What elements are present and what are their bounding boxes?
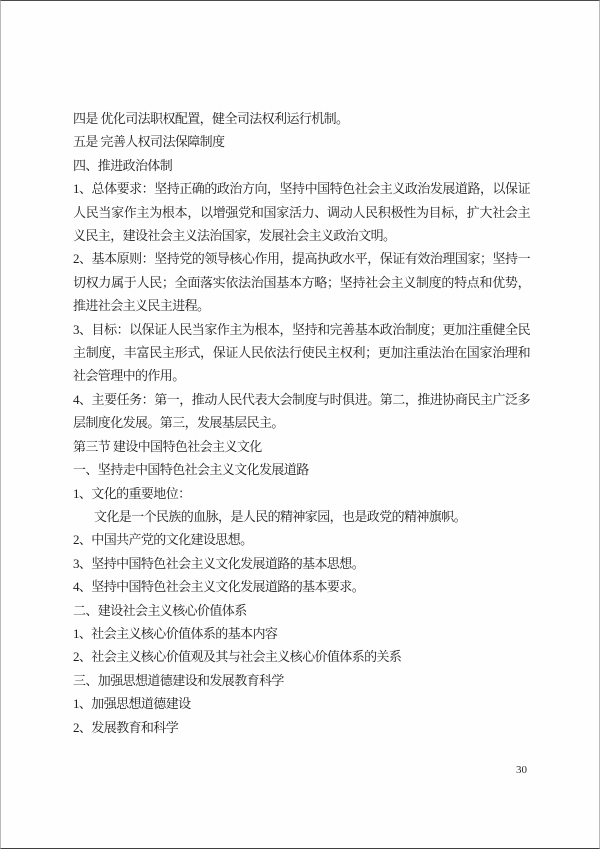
section-heading: 二、建设社会主义核心价值体系: [73, 599, 530, 622]
doc-paragraph: 2、基本原则：坚持党的领导核心作用，提高执政水平，保证有效治理国家；坚持一切权力…: [73, 247, 530, 317]
doc-paragraph: 1、总体要求：坚持正确的政治方向，坚持中国特色社会主义政治发展道路，以保证人民当…: [73, 177, 530, 247]
section-heading: 一、坚持走中国特色社会主义文化发展道路: [73, 458, 530, 481]
doc-paragraph: 2、社会主义核心价值观及其与社会主义核心价值体系的关系: [73, 645, 530, 668]
page-number: 30: [516, 763, 527, 777]
doc-paragraph: 2、中国共产党的文化建设思想。: [73, 528, 530, 551]
doc-paragraph: 四是 优化司法职权配置，健全司法权利运行机制。: [73, 107, 530, 130]
doc-paragraph: 1、加强思想道德建设: [73, 692, 530, 715]
doc-paragraph: 4、坚持中国特色社会主义文化发展道路的基本要求。: [73, 575, 530, 598]
doc-paragraph: 3、目标：以保证人民当家作主为根本，坚持和完善基本政治制度；更加注重健全民主制度…: [73, 318, 530, 388]
doc-paragraph: 2、发展教育和科学: [73, 716, 530, 739]
section-heading: 四、推进政治体制: [73, 154, 530, 177]
section-heading: 三、加强思想道德建设和发展教育科学: [73, 669, 530, 692]
doc-paragraph: 五是 完善人权司法保障制度: [73, 130, 530, 153]
scanned-document-page: 四是 优化司法职权配置，健全司法权利运行机制。 五是 完善人权司法保障制度 四、…: [0, 0, 600, 849]
doc-paragraph: 4、主要任务：第一，推动人民代表大会制度与时俱进。第二，推进协商民主广泛多层制度…: [73, 388, 530, 435]
doc-paragraph-indented: 文化是一个民族的血脉，是人民的精神家园，也是政党的精神旗帜。: [94, 505, 530, 528]
section-heading: 第三节 建设中国特色社会主义文化: [73, 435, 530, 458]
doc-paragraph: 3、坚持中国特色社会主义文化发展道路的基本思想。: [73, 552, 530, 575]
doc-paragraph: 1、社会主义核心价值体系的基本内容: [73, 622, 530, 645]
doc-paragraph: 1、文化的重要地位：: [73, 482, 530, 505]
document-body: 四是 优化司法职权配置，健全司法权利运行机制。 五是 完善人权司法保障制度 四、…: [73, 107, 530, 739]
